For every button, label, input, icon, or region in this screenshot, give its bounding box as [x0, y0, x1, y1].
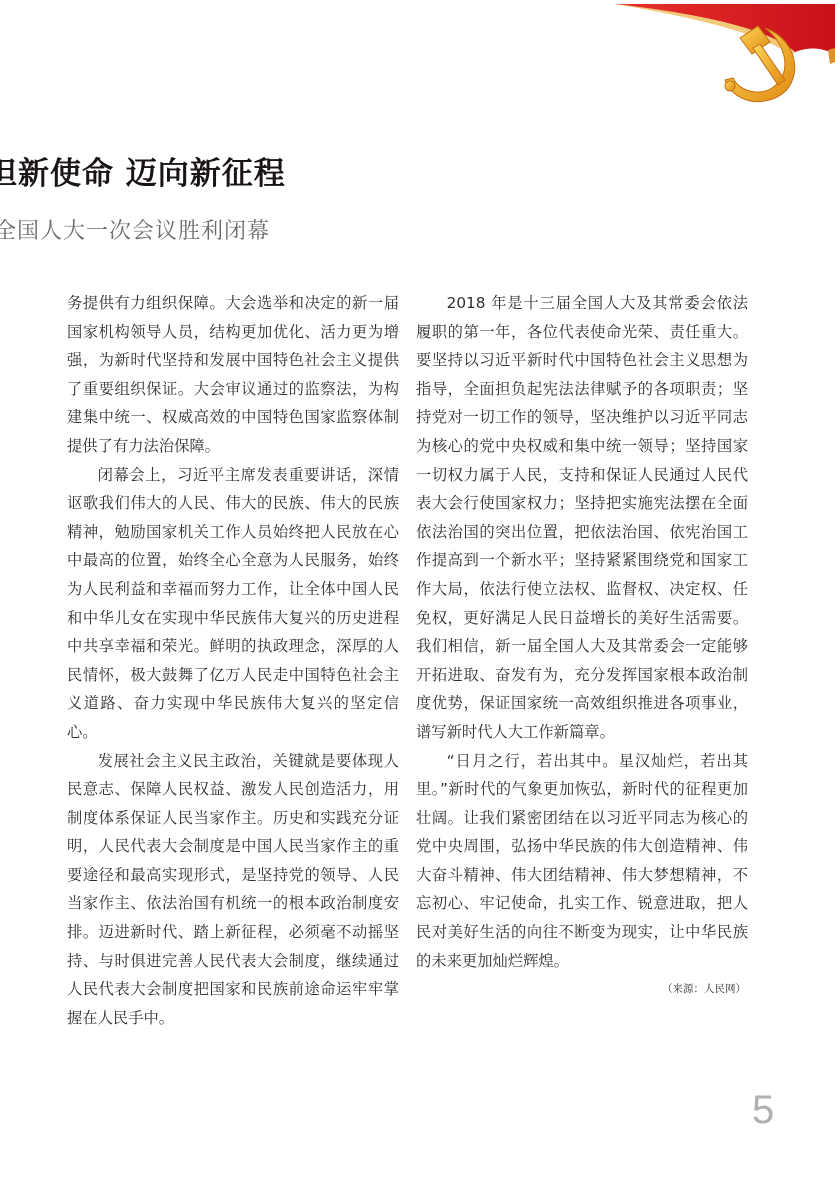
article-subtitle: 全国人大一次会议胜利闭幕: [0, 214, 270, 245]
source-credit: （来源：人民网）: [416, 975, 748, 1003]
paragraph: 闭幕会上，习近平主席发表重要讲话，深情讴歌我们伟大的人民、伟大的民族、伟大的民族…: [67, 461, 399, 747]
paragraph: “日月之行，若出其中。星汉灿烂，若出其里。”新时代的气象更加恢弘，新时代的征程更…: [416, 747, 748, 976]
paragraph: 2018 年是十三届全国人大及其常委会依法履职的第一年，各位代表使命光荣、责任重…: [416, 289, 748, 747]
paragraph: 务提供有力组织保障。大会选举和决定的新一届国家机构领导人员，结构更加优化、活力更…: [67, 289, 399, 461]
article-title: 担新使命 迈向新征程: [0, 148, 286, 193]
hammer-sickle-icon: [600, 0, 835, 120]
right-column: 2018 年是十三届全国人大及其常委会依法履职的第一年，各位代表使命光荣、责任重…: [416, 289, 748, 1003]
page-number: 5: [752, 1088, 774, 1133]
paragraph: 发展社会主义民主政治，关键就是要体现人民意志、保障人民权益、激发人民创造活力，用…: [67, 747, 399, 1033]
left-column: 务提供有力组织保障。大会选举和决定的新一届国家机构领导人员，结构更加优化、活力更…: [67, 289, 399, 1032]
party-emblem-banner: [600, 0, 835, 120]
